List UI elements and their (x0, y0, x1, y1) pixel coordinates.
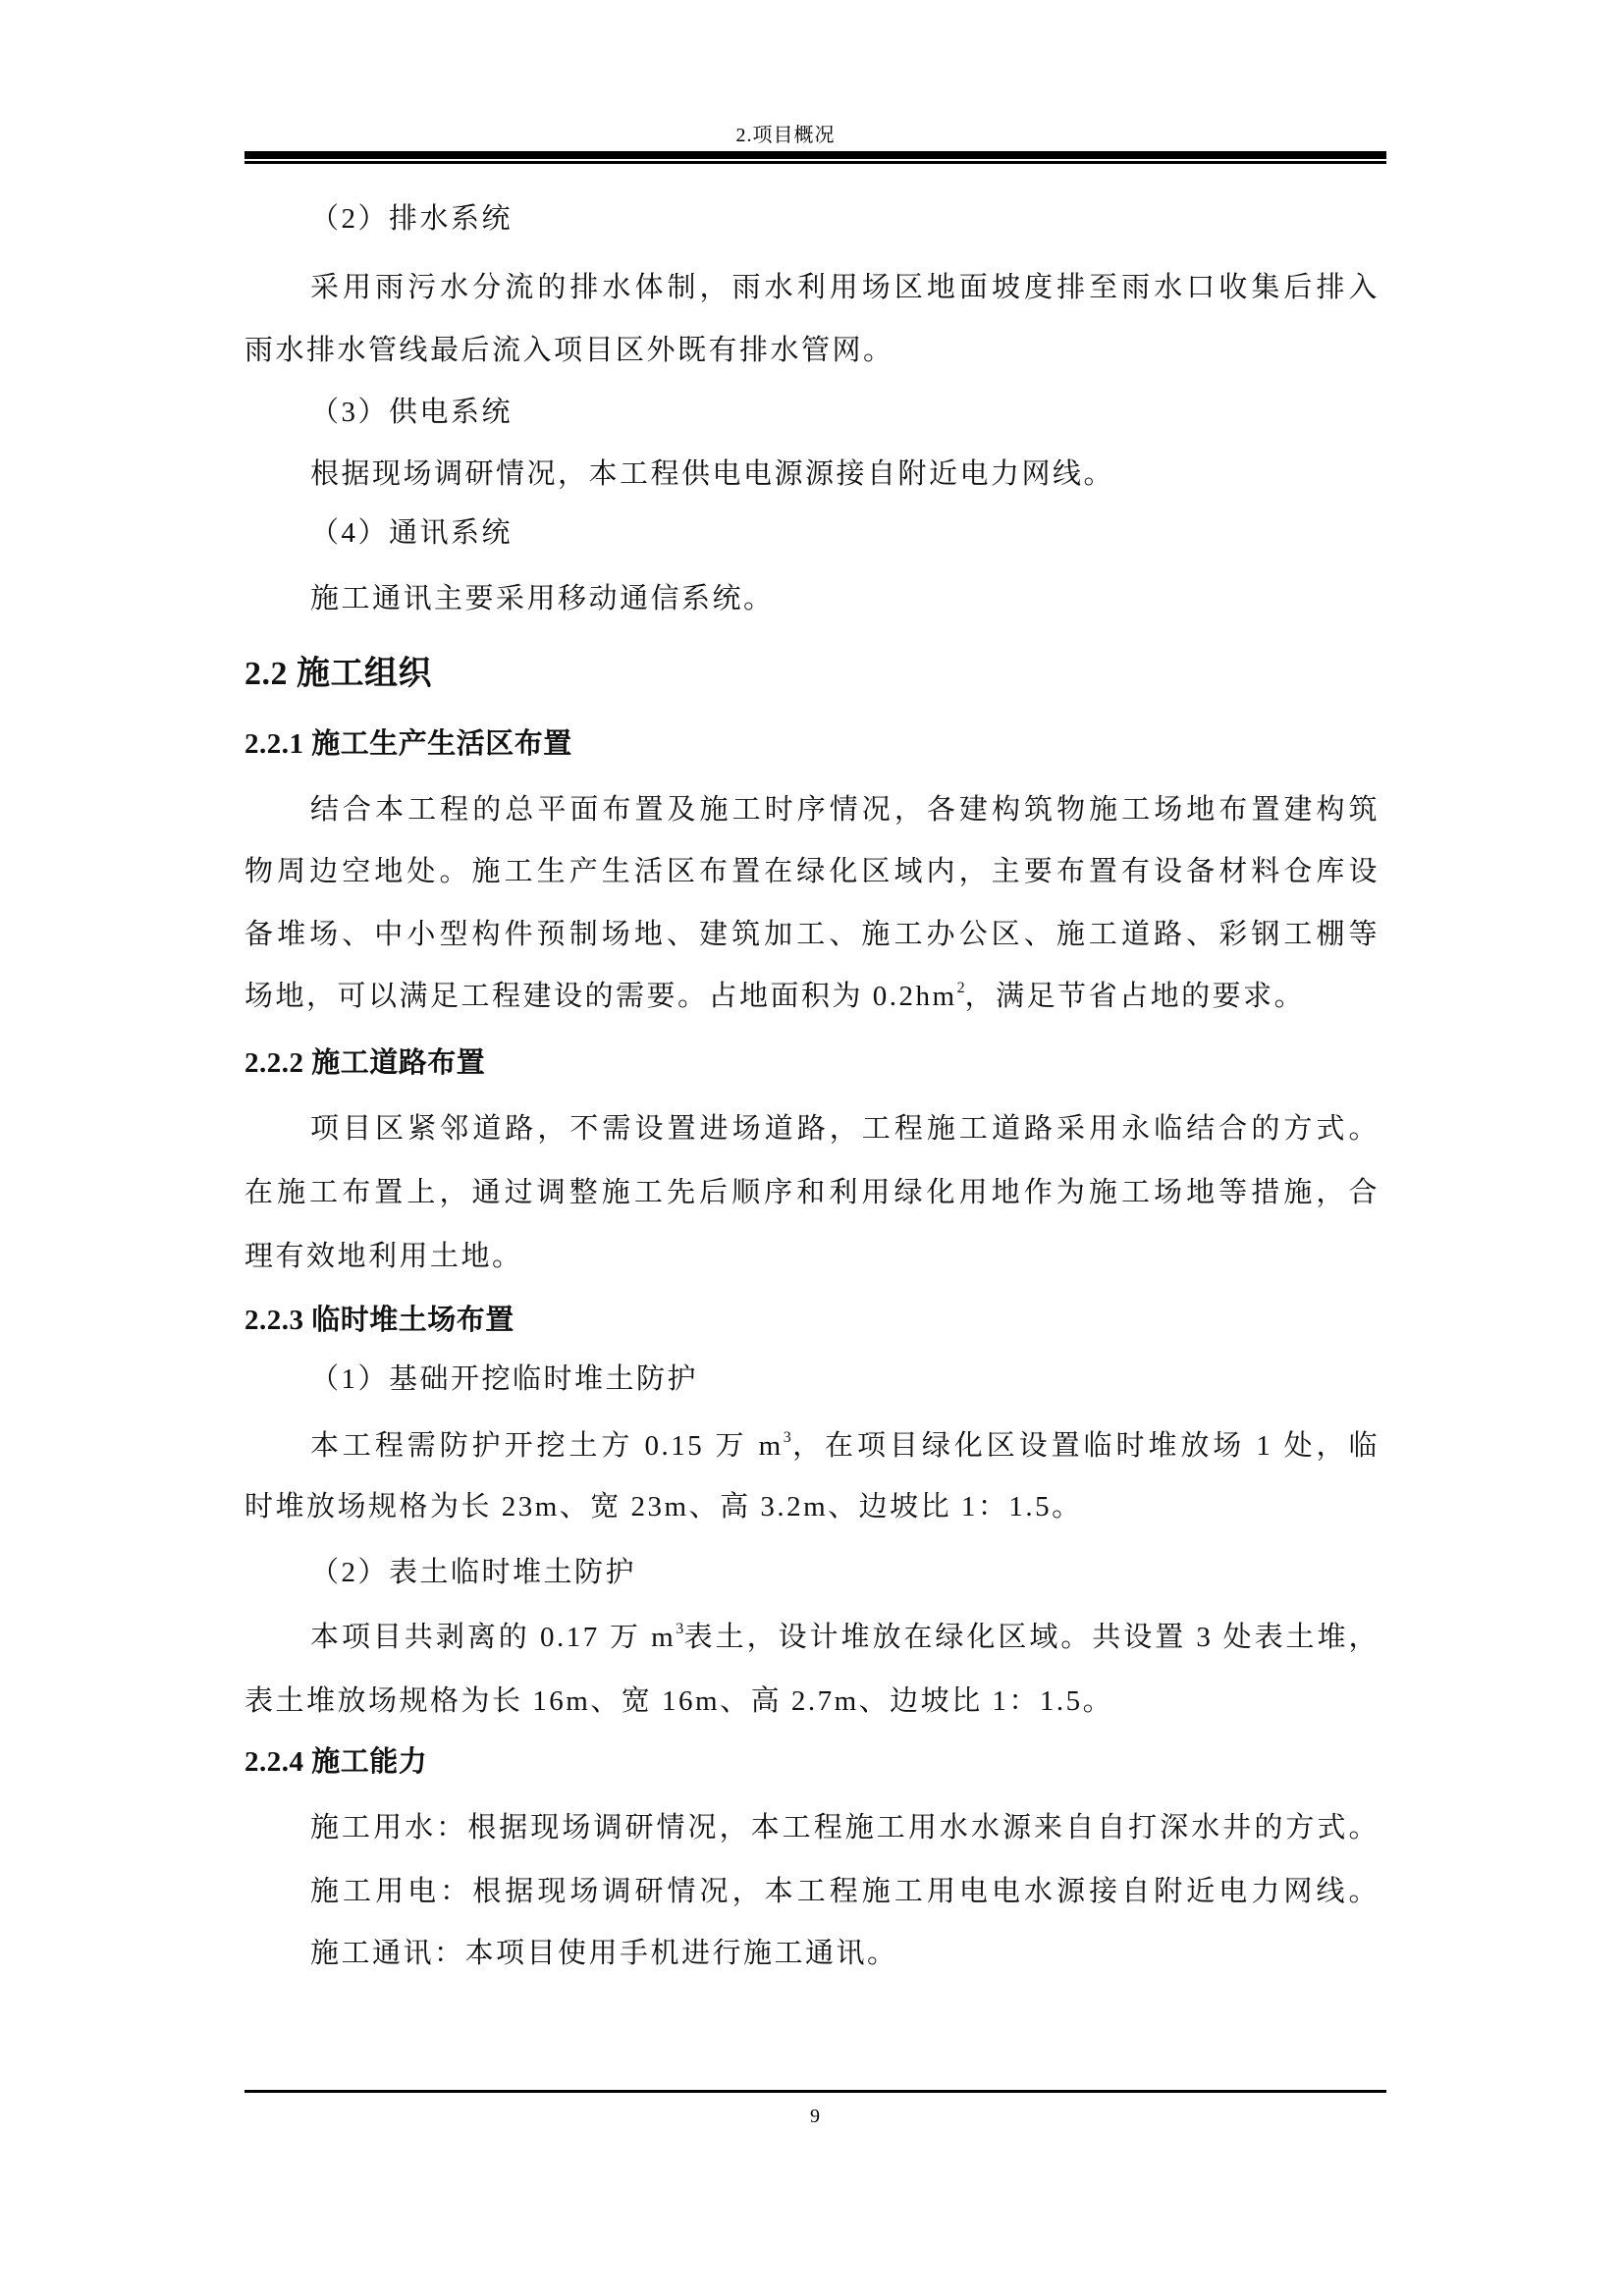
paragraph-line: 本工程需防护开挖土方 0.15 万 m3，在项目绿化区设置临时堆放场 1 处，临 (310, 1426, 1380, 1466)
paragraph-line: 物周边空地处。施工生产生活区布置在绿化区域内，主要布置有设备材料仓库设 (244, 852, 1380, 891)
header-rule-thin (244, 161, 1386, 164)
text-run: 本项目共剥离的 0.17 万 m (310, 1622, 676, 1653)
paragraph-line: 本项目共剥离的 0.17 万 m3表土，设计堆放在绿化区域。共设置 3 处表土堆… (310, 1618, 1380, 1657)
section-heading-2-2-3: 2.2.3 临时堆土场布置 (244, 1301, 514, 1340)
page-number: 9 (766, 2104, 864, 2129)
paragraph-line: 采用雨污水分流的排水体制，雨水利用场区地面坡度排至雨水口收集后排入 (310, 268, 1380, 307)
section-heading-2-2-1: 2.2.1 施工生产生活区布置 (244, 724, 572, 764)
paragraph-line: 雨水排水管线最后流入项目区外既有排水管网。 (244, 331, 894, 370)
paragraph-line: 项目区紧邻道路，不需设置进场道路，工程施工道路采用永临结合的方式。 (310, 1109, 1380, 1148)
subsection-title-topsoil: （2）表土临时堆土防护 (310, 1553, 636, 1592)
superscript: 3 (676, 1621, 683, 1637)
paragraph-line: 施工通讯主要采用移动通信系统。 (310, 579, 775, 618)
paragraph-line: 时堆放场规格为长 23m、宽 23m、高 3.2m、边坡比 1：1.5。 (244, 1487, 1083, 1526)
subsection-title-drainage: （2）排水系统 (310, 199, 513, 239)
paragraph-line: 施工用水：根据现场调研情况，本工程施工用水水源来自自打深水井的方式。 (310, 1808, 1380, 1847)
paragraph-line: 场地，可以满足工程建设的需要。占地面积为 0.2hm2，满足节省占地的要求。 (244, 977, 1305, 1016)
text-run: 场地，可以满足工程建设的需要。占地面积为 0.2hm (244, 981, 957, 1012)
superscript: 2 (957, 980, 965, 996)
text-run: 表土，设计堆放在绿化区域。共设置 3 处表土堆， (683, 1622, 1380, 1653)
paragraph-line: 施工通讯：本项目使用手机进行施工通讯。 (310, 1934, 898, 1973)
subsection-title-excavation: （1）基础开挖临时堆土防护 (310, 1360, 698, 1399)
paragraph-line: 结合本工程的总平面布置及施工时序情况，各建构筑物施工场地布置建构筑 (310, 790, 1380, 829)
subsection-title-power: （3）供电系统 (310, 393, 513, 432)
section-heading-2-2-4: 2.2.4 施工能力 (244, 1742, 427, 1782)
footer-rule (244, 2090, 1386, 2093)
header-rule-thick (244, 151, 1386, 159)
paragraph-line: 施工用电：根据现场调研情况，本工程施工用电电水源接自附近电力网线。 (310, 1872, 1380, 1911)
text-run: ，在项目绿化区设置临时堆放场 1 处，临 (791, 1430, 1380, 1462)
superscript: 3 (784, 1429, 791, 1446)
section-heading-2-2-2: 2.2.2 施工道路布置 (244, 1043, 485, 1083)
running-header: 2.项目概况 (687, 122, 884, 149)
section-heading-2-2: 2.2 施工组织 (244, 655, 432, 694)
subsection-title-telecom: （4）通讯系统 (310, 513, 513, 553)
text-run: 本工程需防护开挖土方 0.15 万 m (310, 1430, 784, 1462)
paragraph-line: 备堆场、中小型构件预制场地、建筑加工、施工办公区、施工道路、彩钢工棚等 (244, 915, 1380, 954)
paragraph-line: 表土堆放场规格为长 16m、宽 16m、高 2.7m、边坡比 1：1.5。 (244, 1682, 1113, 1721)
document-page: 2.项目概况 （2）排水系统 采用雨污水分流的排水体制，雨水利用场区地面坡度排至… (0, 0, 1624, 2296)
text-run: ，满足节省占地的要求。 (965, 981, 1306, 1012)
paragraph-line: 在施工布置上，通过调整施工先后顺序和利用绿化用地作为施工场地等措施，合 (244, 1173, 1380, 1212)
paragraph-line: 理有效地利用土地。 (244, 1237, 523, 1276)
paragraph-line: 根据现场调研情况，本工程供电电源源接自附近电力网线。 (310, 454, 1114, 494)
